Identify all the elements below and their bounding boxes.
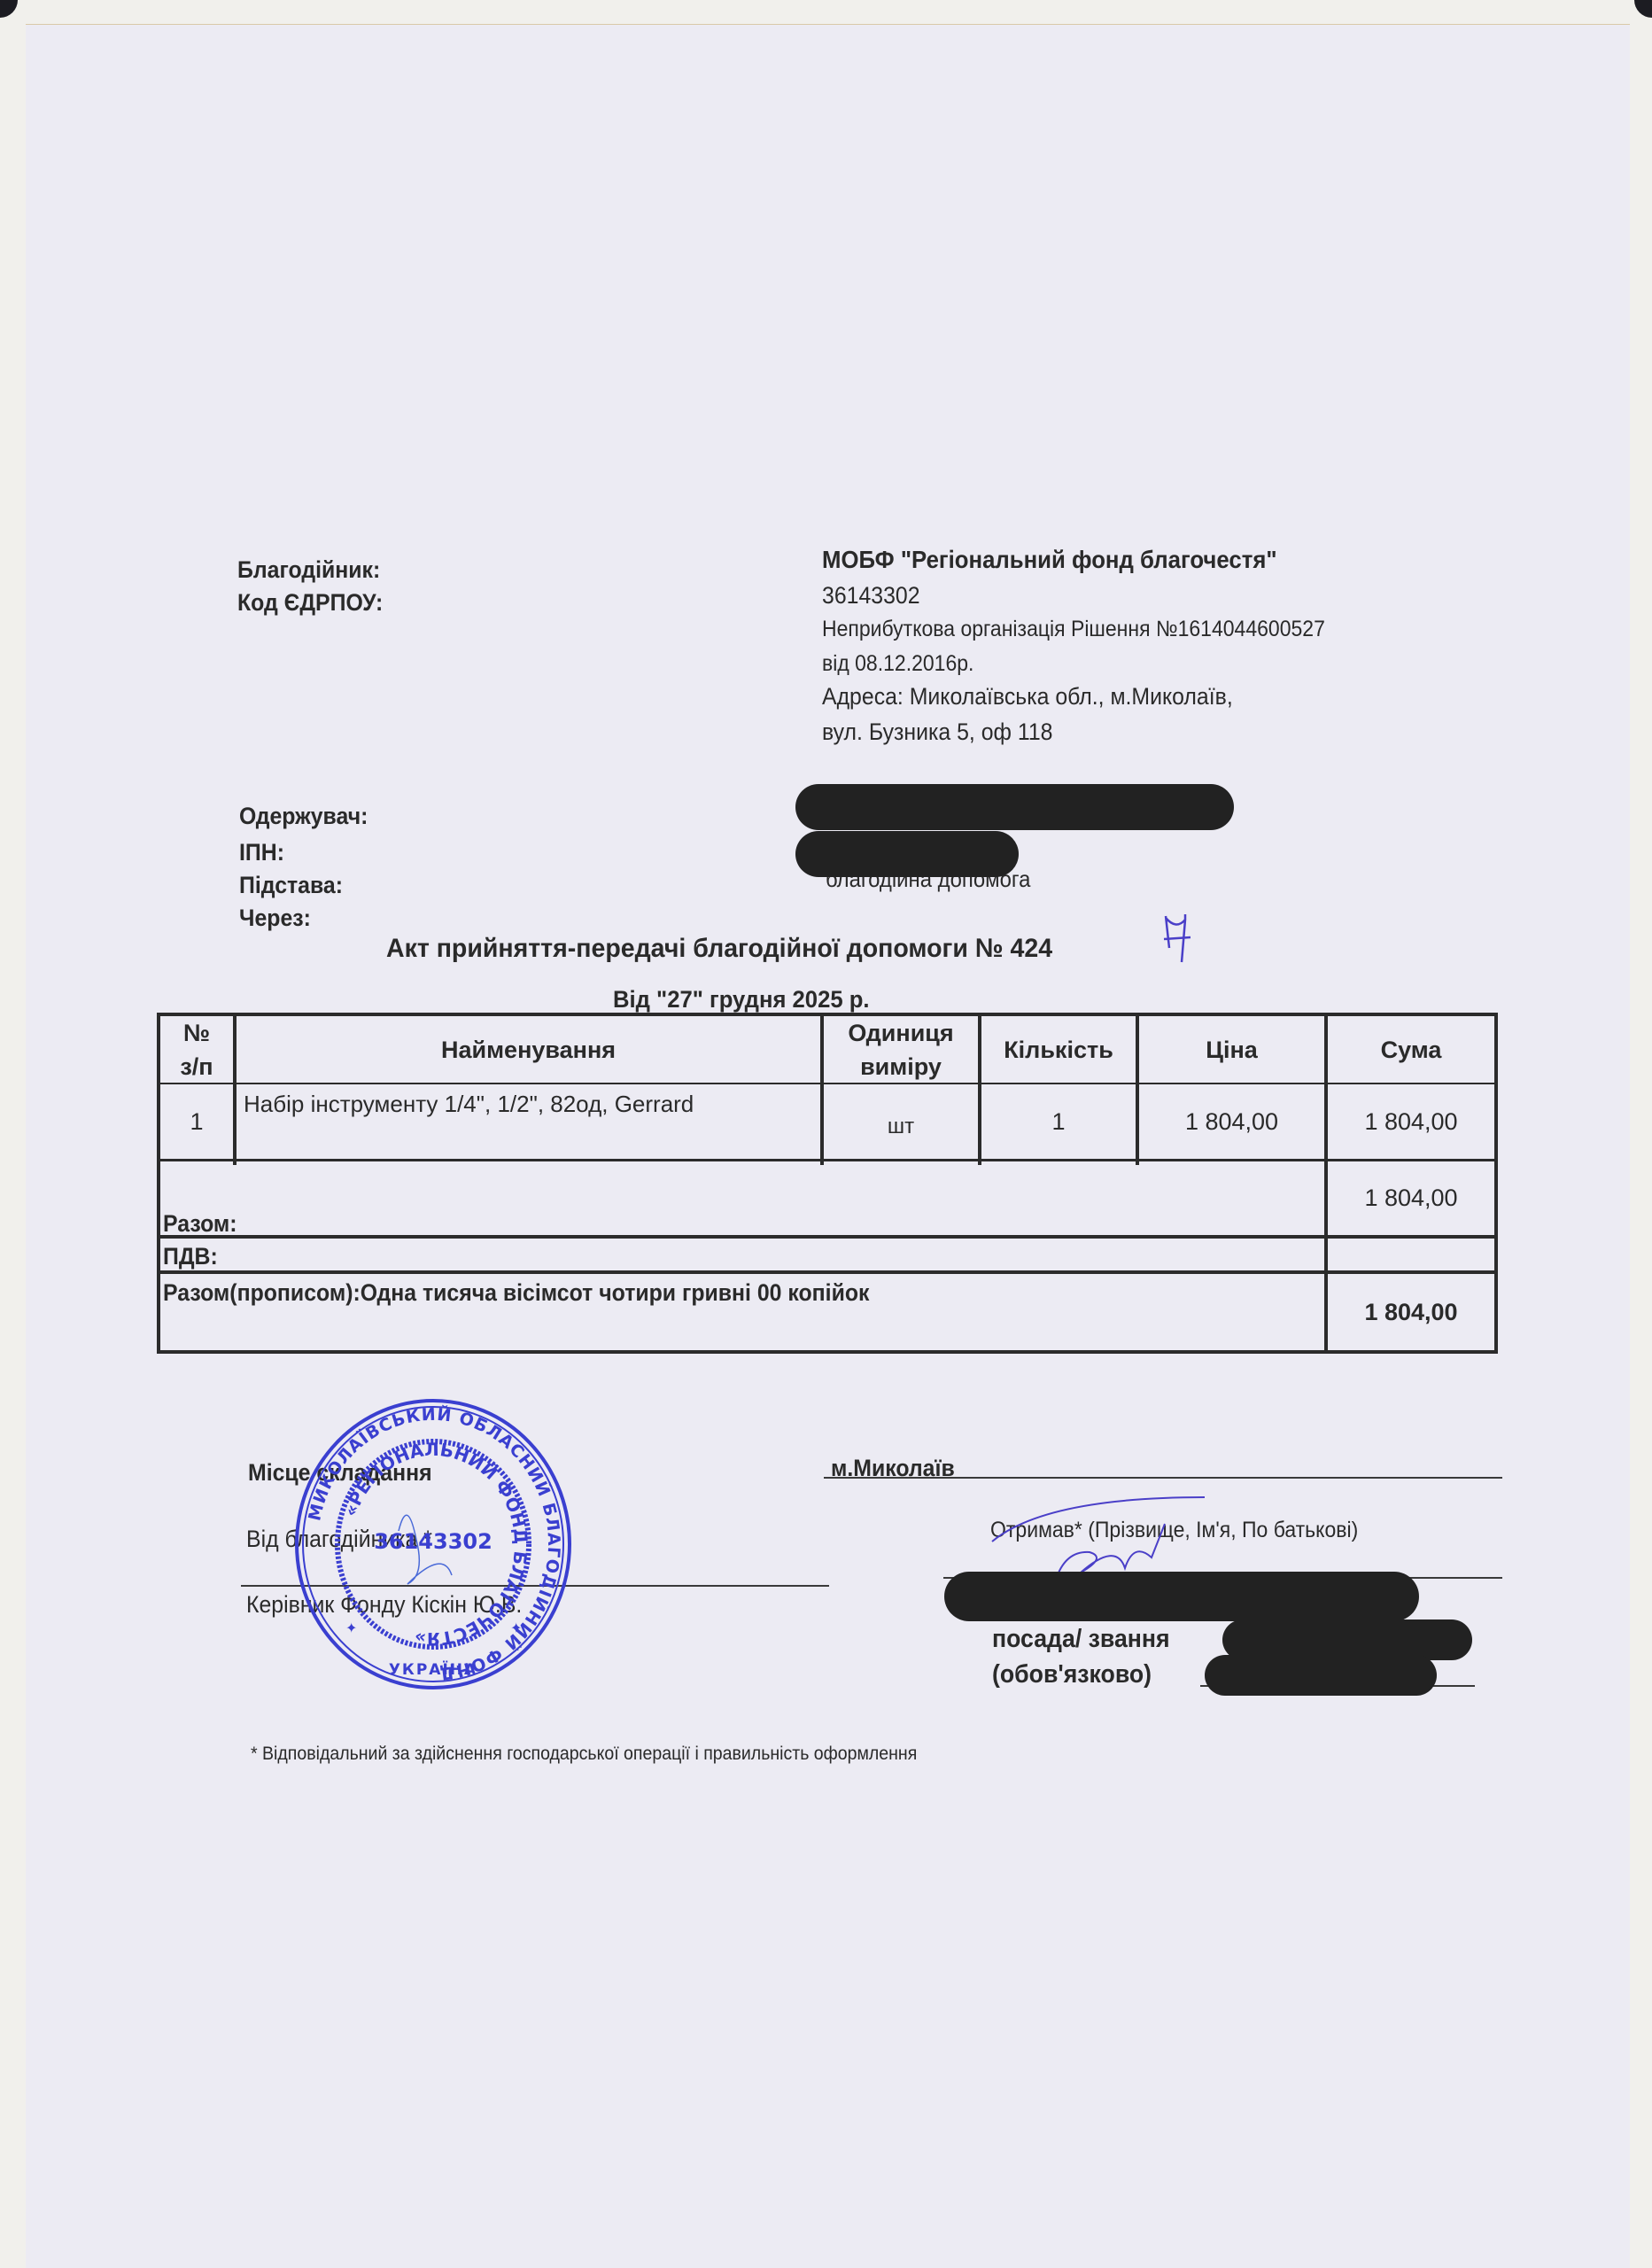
- svg-text:УКРАЇНА: УКРАЇНА: [389, 1659, 477, 1679]
- recipient-redaction: [795, 784, 1234, 830]
- act-date: Від "27" грудня 2025 р.: [613, 986, 870, 1014]
- vat-label: ПДВ:: [163, 1243, 218, 1270]
- donor-address-line1: Адреса: Миколаївська обл., м.Миколаїв,: [822, 683, 1233, 711]
- total-label: Разом:: [163, 1210, 237, 1238]
- svg-text:36143302: 36143302: [374, 1529, 492, 1554]
- svg-text:✦: ✦: [345, 1621, 357, 1636]
- row-item-name: Набір інструменту 1/4", 1/2", 82од, Gerr…: [244, 1086, 810, 1122]
- header-number-line1: №: [183, 1016, 210, 1050]
- header-unit: Одиниця виміру: [824, 1016, 978, 1083]
- ipn-redaction: [795, 831, 1019, 877]
- mandatory-label: (обов'язково): [992, 1660, 1152, 1689]
- header-price: Ціна: [1139, 1016, 1324, 1083]
- footnote: * Відповідальний за здійснення господарс…: [251, 1744, 917, 1765]
- total-in-words: Разом(прописом):Одна тисяча вісімсот чот…: [163, 1279, 869, 1307]
- scan-frame-corner: [0, 0, 18, 18]
- position-label: посада/ звання: [992, 1625, 1170, 1654]
- basis-label: Підстава:: [239, 872, 343, 899]
- recipient-name-redaction: [944, 1572, 1419, 1621]
- donor-label: Благодійник:: [237, 556, 380, 584]
- donor-address-line2: вул. Бузника 5, оф 118: [822, 718, 1052, 746]
- donor-registration-date: від 08.12.2016р.: [822, 651, 973, 677]
- donor-registration: Неприбуткова організація Рішення №161404…: [822, 617, 1325, 642]
- header-quantity: Кількість: [981, 1016, 1136, 1083]
- row-price: 1 804,00: [1139, 1084, 1324, 1159]
- edrpou-label: Код ЄДРПОУ:: [237, 589, 383, 617]
- header-sum: Сума: [1328, 1016, 1494, 1083]
- header-name: Найменування: [237, 1016, 820, 1083]
- total-in-words-value: 1 804,00: [1328, 1274, 1494, 1350]
- act-title: Акт прийняття-передачі благодійної допом…: [386, 934, 1052, 964]
- donor-code: 36143302: [822, 582, 920, 610]
- row-number: 1: [160, 1084, 233, 1159]
- svg-text:✦: ✦: [510, 1621, 522, 1636]
- row-sum: 1 804,00: [1328, 1084, 1494, 1159]
- ipn-label: ІПН:: [239, 839, 284, 866]
- row-unit: шт: [824, 1090, 978, 1164]
- donor-name: МОБФ "Регіональний фонд благочестя": [822, 546, 1277, 574]
- row-quantity: 1: [981, 1084, 1136, 1159]
- header-number: № з/п: [160, 1016, 233, 1083]
- mandatory-redaction: [1205, 1655, 1437, 1696]
- place-underline: [824, 1477, 1502, 1479]
- header-unit-line1: Одиниця: [848, 1016, 953, 1050]
- organization-stamp-icon: МИКОЛАЇВСЬКИЙ ОБЛАСНИЙ БЛАГОДІЙНИЙ ФОНД …: [292, 1398, 574, 1690]
- table-divider: [159, 1235, 1496, 1239]
- scan-frame-corner: [1634, 0, 1652, 18]
- header-number-line2: з/п: [180, 1050, 213, 1084]
- header-unit-line2: виміру: [860, 1050, 942, 1084]
- via-label: Через:: [239, 905, 311, 932]
- handwritten-correction-icon: [1160, 913, 1192, 967]
- vat-value: [1328, 1239, 1494, 1270]
- recipient-label: Одержувач:: [239, 803, 368, 830]
- table-divider: [159, 1270, 1496, 1274]
- total-value: 1 804,00: [1328, 1161, 1494, 1235]
